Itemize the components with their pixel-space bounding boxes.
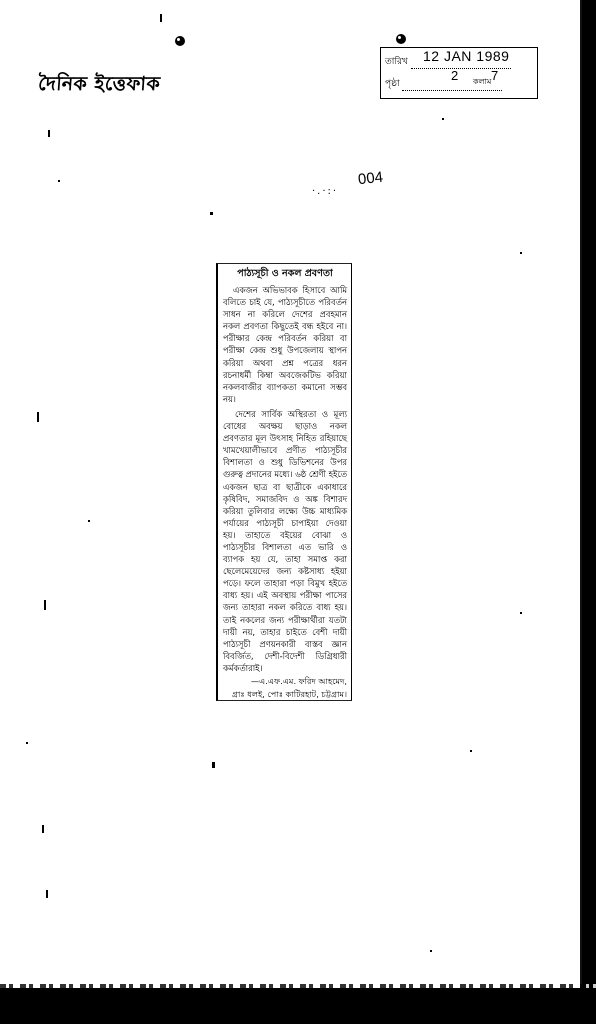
scan-speck [430, 950, 432, 952]
stamp-page-value: 2 [451, 68, 458, 83]
article-signature-name: —এ.এফ.এম. ফরিদ আহমেদ, [223, 675, 347, 687]
stamp-column-label: কলাম [473, 76, 491, 89]
article-paragraph: দেশের সার্বিক অস্থিরতা ও মূল্য বোধের অবক… [223, 408, 347, 674]
scan-edge-right-shadow [580, 0, 582, 1024]
article-signature-address: গ্রাঃ ধলই, পোঃ কাটিরহাট, চট্টগ্রাম। [223, 688, 347, 700]
scan-speck [212, 762, 215, 768]
scan-speck [26, 742, 28, 744]
document-number-dots: ·.·:· [312, 186, 338, 197]
scan-speck [520, 252, 522, 254]
scan-speck [46, 890, 48, 898]
article-paragraph: একজন অভিভাবক হিসাবে আমি বলিতে চাই যে, পা… [223, 284, 347, 405]
scan-speck [442, 118, 444, 120]
newspaper-clipping: পাঠ্যসূচী ও নকল প্রবণতা একজন অভিভাবক হিস… [216, 263, 352, 701]
scan-speck [160, 14, 162, 22]
scan-speck [58, 180, 60, 182]
punch-hole-left [175, 36, 185, 46]
scan-edge-bottom [0, 988, 596, 1024]
scan-speck [88, 520, 90, 522]
stamp-date-value: 12 JAN 1989 [423, 48, 509, 64]
stamp-column-value: 7 [491, 68, 498, 83]
stamp-date-label: তারিখ [385, 57, 408, 67]
document-number: 004 [357, 169, 384, 189]
punch-hole-right [396, 34, 406, 44]
scan-speck [42, 825, 44, 833]
scan-speck [37, 412, 39, 422]
newspaper-masthead: দৈনিক ইত্তেফাক [37, 70, 161, 102]
scan-edge-right [582, 0, 596, 1024]
article-title: পাঠ্যসূচী ও নকল প্রবণতা [223, 267, 347, 282]
scan-speck [470, 750, 472, 752]
scan-speck [44, 600, 46, 610]
clipping-date-stamp: তারিখ 12 JAN 1989 পৃষ্ঠা 2 কলাম 7 [380, 47, 538, 99]
stamp-page-label: পৃষ্ঠা [385, 79, 400, 89]
scan-speck [48, 130, 50, 137]
scan-speck [210, 212, 213, 215]
scan-speck [520, 612, 522, 614]
